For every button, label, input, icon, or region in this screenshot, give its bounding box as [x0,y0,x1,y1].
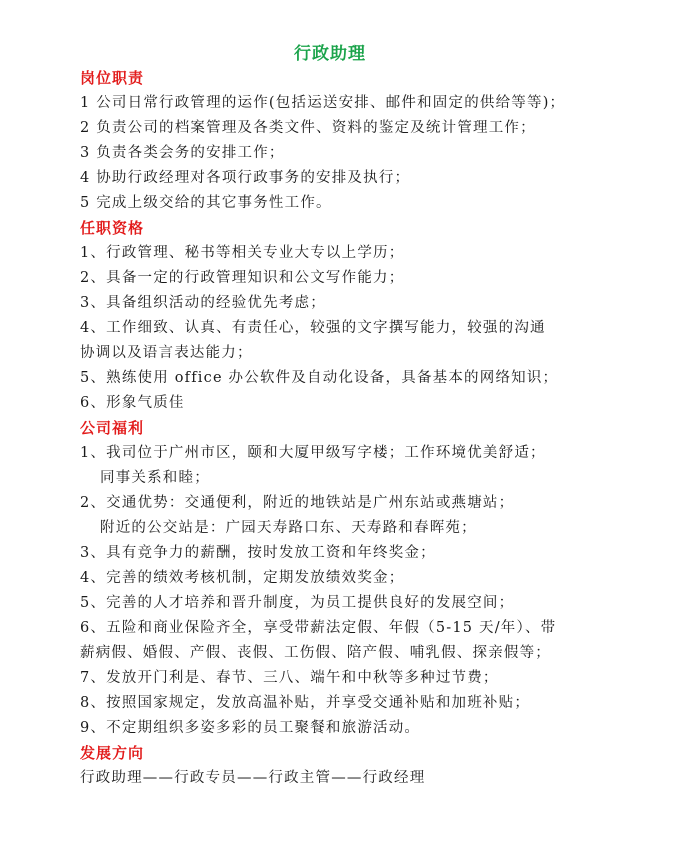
list-item: 8、按照国家规定，发放高温补贴，并享受交通补贴和加班补贴； [80,691,600,716]
list-item: 4、完善的绩效考核机制，定期发放绩效奖金； [80,566,600,591]
section-career-path: 发展方向 行政助理——行政专员——行政主管——行政经理 [80,741,600,791]
list-item: 2、交通优势：交通便利，附近的地铁站是广州东站或燕塘站； [80,491,600,516]
list-item: 5、完善的人才培养和晋升制度，为员工提供良好的发展空间； [80,591,600,616]
document-title: 行政助理 [80,42,580,66]
list-item-continuation: 协调以及语言表达能力； [80,341,600,366]
career-path-text: 行政助理——行政专员——行政主管——行政经理 [80,766,600,791]
list-item: 5、熟练使用 office 办公软件及自动化设备，具备基本的网络知识； [80,366,600,391]
section-qualifications: 任职资格 1、行政管理、秘书等相关专业大专以上学历； 2、具备一定的行政管理知识… [80,216,600,416]
list-item-continuation: 同事关系和睦； [80,466,600,491]
section-heading: 任职资格 [80,216,600,241]
section-heading: 岗位职责 [80,66,600,91]
section-heading: 公司福利 [80,416,600,441]
list-item: 1、我司位于广州市区，颐和大厦甲级写字楼；工作环境优美舒适； [80,441,600,466]
list-item: 1 公司日常行政管理的运作(包括运送安排、邮件和固定的供给等等)； [80,91,600,116]
list-item: 3、具备组织活动的经验优先考虑； [80,291,600,316]
list-item: 3、具有竞争力的薪酬，按时发放工资和年终奖金； [80,541,600,566]
list-item: 2、具备一定的行政管理知识和公文写作能力； [80,266,600,291]
section-heading: 发展方向 [80,741,600,766]
list-item: 6、形象气质佳 [80,391,600,416]
list-item: 4 协助行政经理对各项行政事务的安排及执行； [80,166,600,191]
list-item: 3 负责各类会务的安排工作； [80,141,600,166]
list-item: 2 负责公司的档案管理及各类文件、资料的鉴定及统计管理工作； [80,116,600,141]
list-item: 7、发放开门利是、春节、三八、端午和中秋等多种过节费； [80,666,600,691]
list-item: 1、行政管理、秘书等相关专业大专以上学历； [80,241,600,266]
list-item: 4、工作细致、认真、有责任心，较强的文字撰写能力，较强的沟通 [80,316,600,341]
list-item: 9、不定期组织多姿多彩的员工聚餐和旅游活动。 [80,716,600,741]
list-item-continuation: 薪病假、婚假、产假、丧假、工伤假、陪产假、哺乳假、探亲假等； [80,641,600,666]
list-item-continuation: 附近的公交站是：广园天寿路口东、天寿路和春晖苑； [80,516,600,541]
document-page: 行政助理 岗位职责 1 公司日常行政管理的运作(包括运送安排、邮件和固定的供给等… [0,0,600,791]
list-item: 6、五险和商业保险齐全，享受带薪法定假、年假（5-15 天/年）、带 [80,616,600,641]
list-item: 5 完成上级交给的其它事务性工作。 [80,191,600,216]
section-benefits: 公司福利 1、我司位于广州市区，颐和大厦甲级写字楼；工作环境优美舒适； 同事关系… [80,416,600,741]
section-job-duties: 岗位职责 1 公司日常行政管理的运作(包括运送安排、邮件和固定的供给等等)； 2… [80,66,600,216]
